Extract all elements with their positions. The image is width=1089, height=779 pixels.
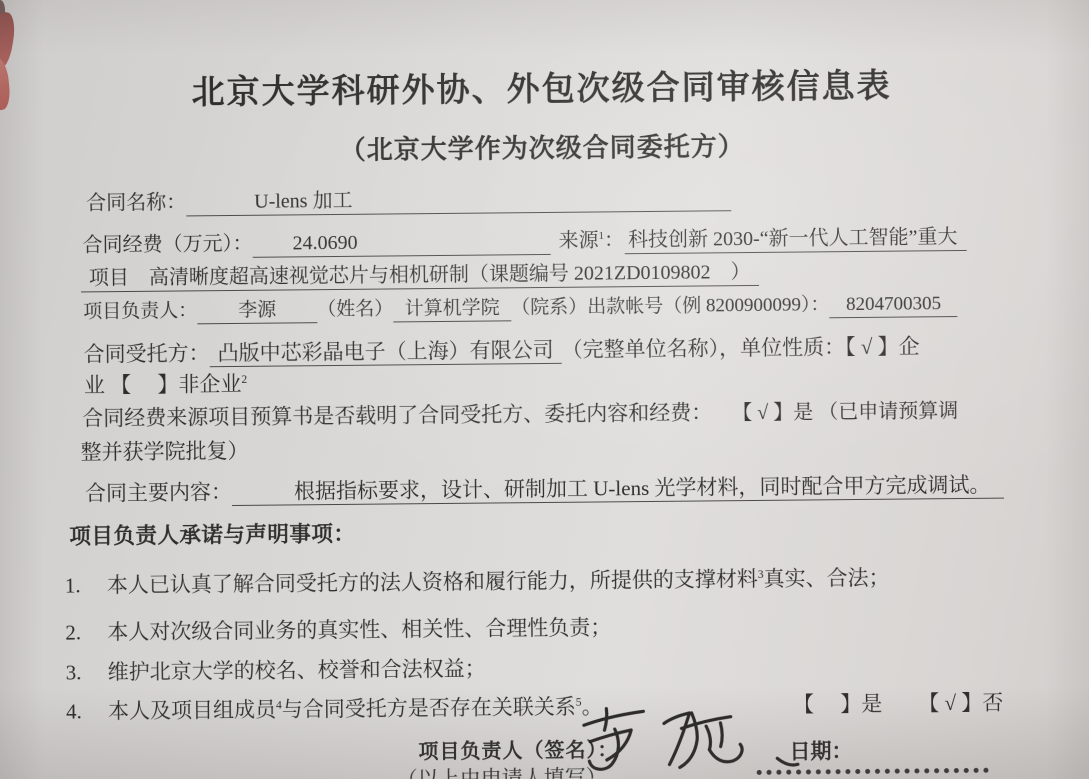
relation-checkboxes: 【 】是【 √ 】否 <box>793 690 1004 718</box>
declaration-heading: 项目负责人承诺与声明事项： <box>69 521 355 551</box>
row-contract-fund-continued: 项目 高清晰度超高速视觉芯片与相机研制（课题编号 2021ZD0109802 ） <box>81 260 759 293</box>
non-enterprise-checkbox: 业 【 】非企业 <box>84 372 242 398</box>
budget-question-text: 合同经费来源项目预算书是否载明了合同受托方、委托内容和经费： <box>82 400 712 430</box>
document-title: 北京大学科研外协、外包次级合同审核信息表 <box>0 65 1086 117</box>
contractor-label: 合同受托方： <box>84 341 210 366</box>
item-number: 2. <box>65 619 107 646</box>
fund-source-value-line2: 项目 高清晰度超高速视觉芯片与相机研制（课题编号 2021ZD0109802 ） <box>81 260 759 293</box>
contract-name-label: 合同名称： <box>86 191 186 214</box>
photographed-document: 北京大学科研外协、外包次级合同审核信息表 （北京大学作为次级合同委托方） 合同名… <box>0 0 1089 779</box>
date-dotted-line <box>757 768 989 775</box>
account-label: 出款帐号（例 8200900099）： <box>587 294 829 317</box>
declaration-item-2: 2.本人对次级合同业务的真实性、相关性、合理性负责； <box>65 614 611 645</box>
item-number: 3. <box>66 659 108 686</box>
item-text: 与合同受托方是否存在关联关系 <box>282 695 576 722</box>
pi-label: 项目负责人： <box>83 300 197 322</box>
date-label: 日期： <box>789 738 852 765</box>
declaration-item-1: 1.本人已认真了解合同受托方的法人资格和履行能力，所提供的支撑材料3真实、合法； <box>65 565 890 599</box>
document-subtitle: （北京大学作为次级合同委托方） <box>0 128 1087 171</box>
contractor-value: 凸版中芯彩晶电子（上海）有限公司 <box>210 337 562 368</box>
budget-answer-checkbox: 【 √ 】是 （已申请预算调 <box>742 400 958 424</box>
fund-label: 合同经费（万元）： <box>82 233 252 257</box>
item-number: 1. <box>65 572 107 599</box>
row-contractor: 合同受托方：凸版中芯彩晶电子（上海）有限公司（完整单位名称），单位性质：【 √ … <box>84 333 920 368</box>
declaration-item-4: 4.本人及项目组成员4与合同受托方是否存在关联关系5。 【 】是【 √ 】否 <box>66 689 1066 725</box>
item-text: 本人已认真了解合同受托方的法人资格和履行能力，所提供的支撑材料 <box>107 567 758 597</box>
fund-source-label: 来源1： <box>558 229 624 252</box>
fund-value: 24.0690 <box>252 229 550 258</box>
cut-off-bottom-line: （以上由申请人填写） <box>397 765 687 779</box>
pi-dept-hint: （院系） <box>511 297 587 319</box>
row-contract-name: 合同名称：U-lens 加工 <box>86 185 731 217</box>
paper-sheet: 北京大学科研外协、外包次级合同审核信息表 （北京大学作为次级合同委托方） 合同名… <box>0 0 1089 779</box>
item-text: 本人对次级合同业务的真实性、相关性、合理性负责； <box>107 615 611 644</box>
relation-no-checkbox-checked: 【 √ 】否 <box>918 691 1003 716</box>
row-contract-fund: 合同经费（万元）：24.0690来源1：科技创新 2030-“新一代人工智能”重… <box>82 225 966 259</box>
row-budget-question-continued: 整并获学院批复） <box>80 438 248 466</box>
contractor-hint: （完整单位名称），单位性质： <box>562 335 846 362</box>
contract-name-value: U-lens 加工 <box>186 185 731 216</box>
row-main-content: 合同主要内容：根据指标要求，设计、研制加工 U-lens 光学材料，同时配合甲方… <box>85 472 1004 508</box>
main-content-label: 合同主要内容： <box>85 480 232 505</box>
fund-source-value-line1: 科技创新 2030-“新一代人工智能”重大 <box>624 225 966 254</box>
pi-name-value: 李源 <box>197 298 317 324</box>
pi-dept-value: 计算机学院 <box>393 296 511 322</box>
enterprise-checkbox-checked: 【 √ 】企 <box>845 334 920 359</box>
footnote-ref-2: 2 <box>241 374 247 386</box>
item-text: 真实、合法； <box>763 566 889 591</box>
pi-name-hint: （姓名） <box>317 298 393 320</box>
budget-answer-continued: 整并获学院批复） <box>80 439 248 465</box>
row-budget-question: 合同经费来源项目预算书是否载明了合同受托方、委托内容和经费：【 √ 】是 （已申… <box>82 397 958 432</box>
account-value: 8204700305 <box>829 292 957 318</box>
row-project-leader: 项目负责人：李源（姓名）计算机学院（院系）出款帐号（例 8200900099）：… <box>83 292 958 325</box>
declaration-item-3: 3.维护北京大学的校名、校誉和合法权益； <box>66 656 486 686</box>
row-contractor-continued: 业 【 】非企业2 <box>84 371 248 399</box>
item-text: 维护北京大学的校名、校誉和合法权益； <box>108 657 486 685</box>
item-number: 4. <box>66 698 108 725</box>
main-content-value: 根据指标要求，设计、研制加工 U-lens 光学材料，同时配合甲方完成调试。 <box>232 472 1004 507</box>
item-text: 本人及项目组成员 <box>108 698 276 724</box>
